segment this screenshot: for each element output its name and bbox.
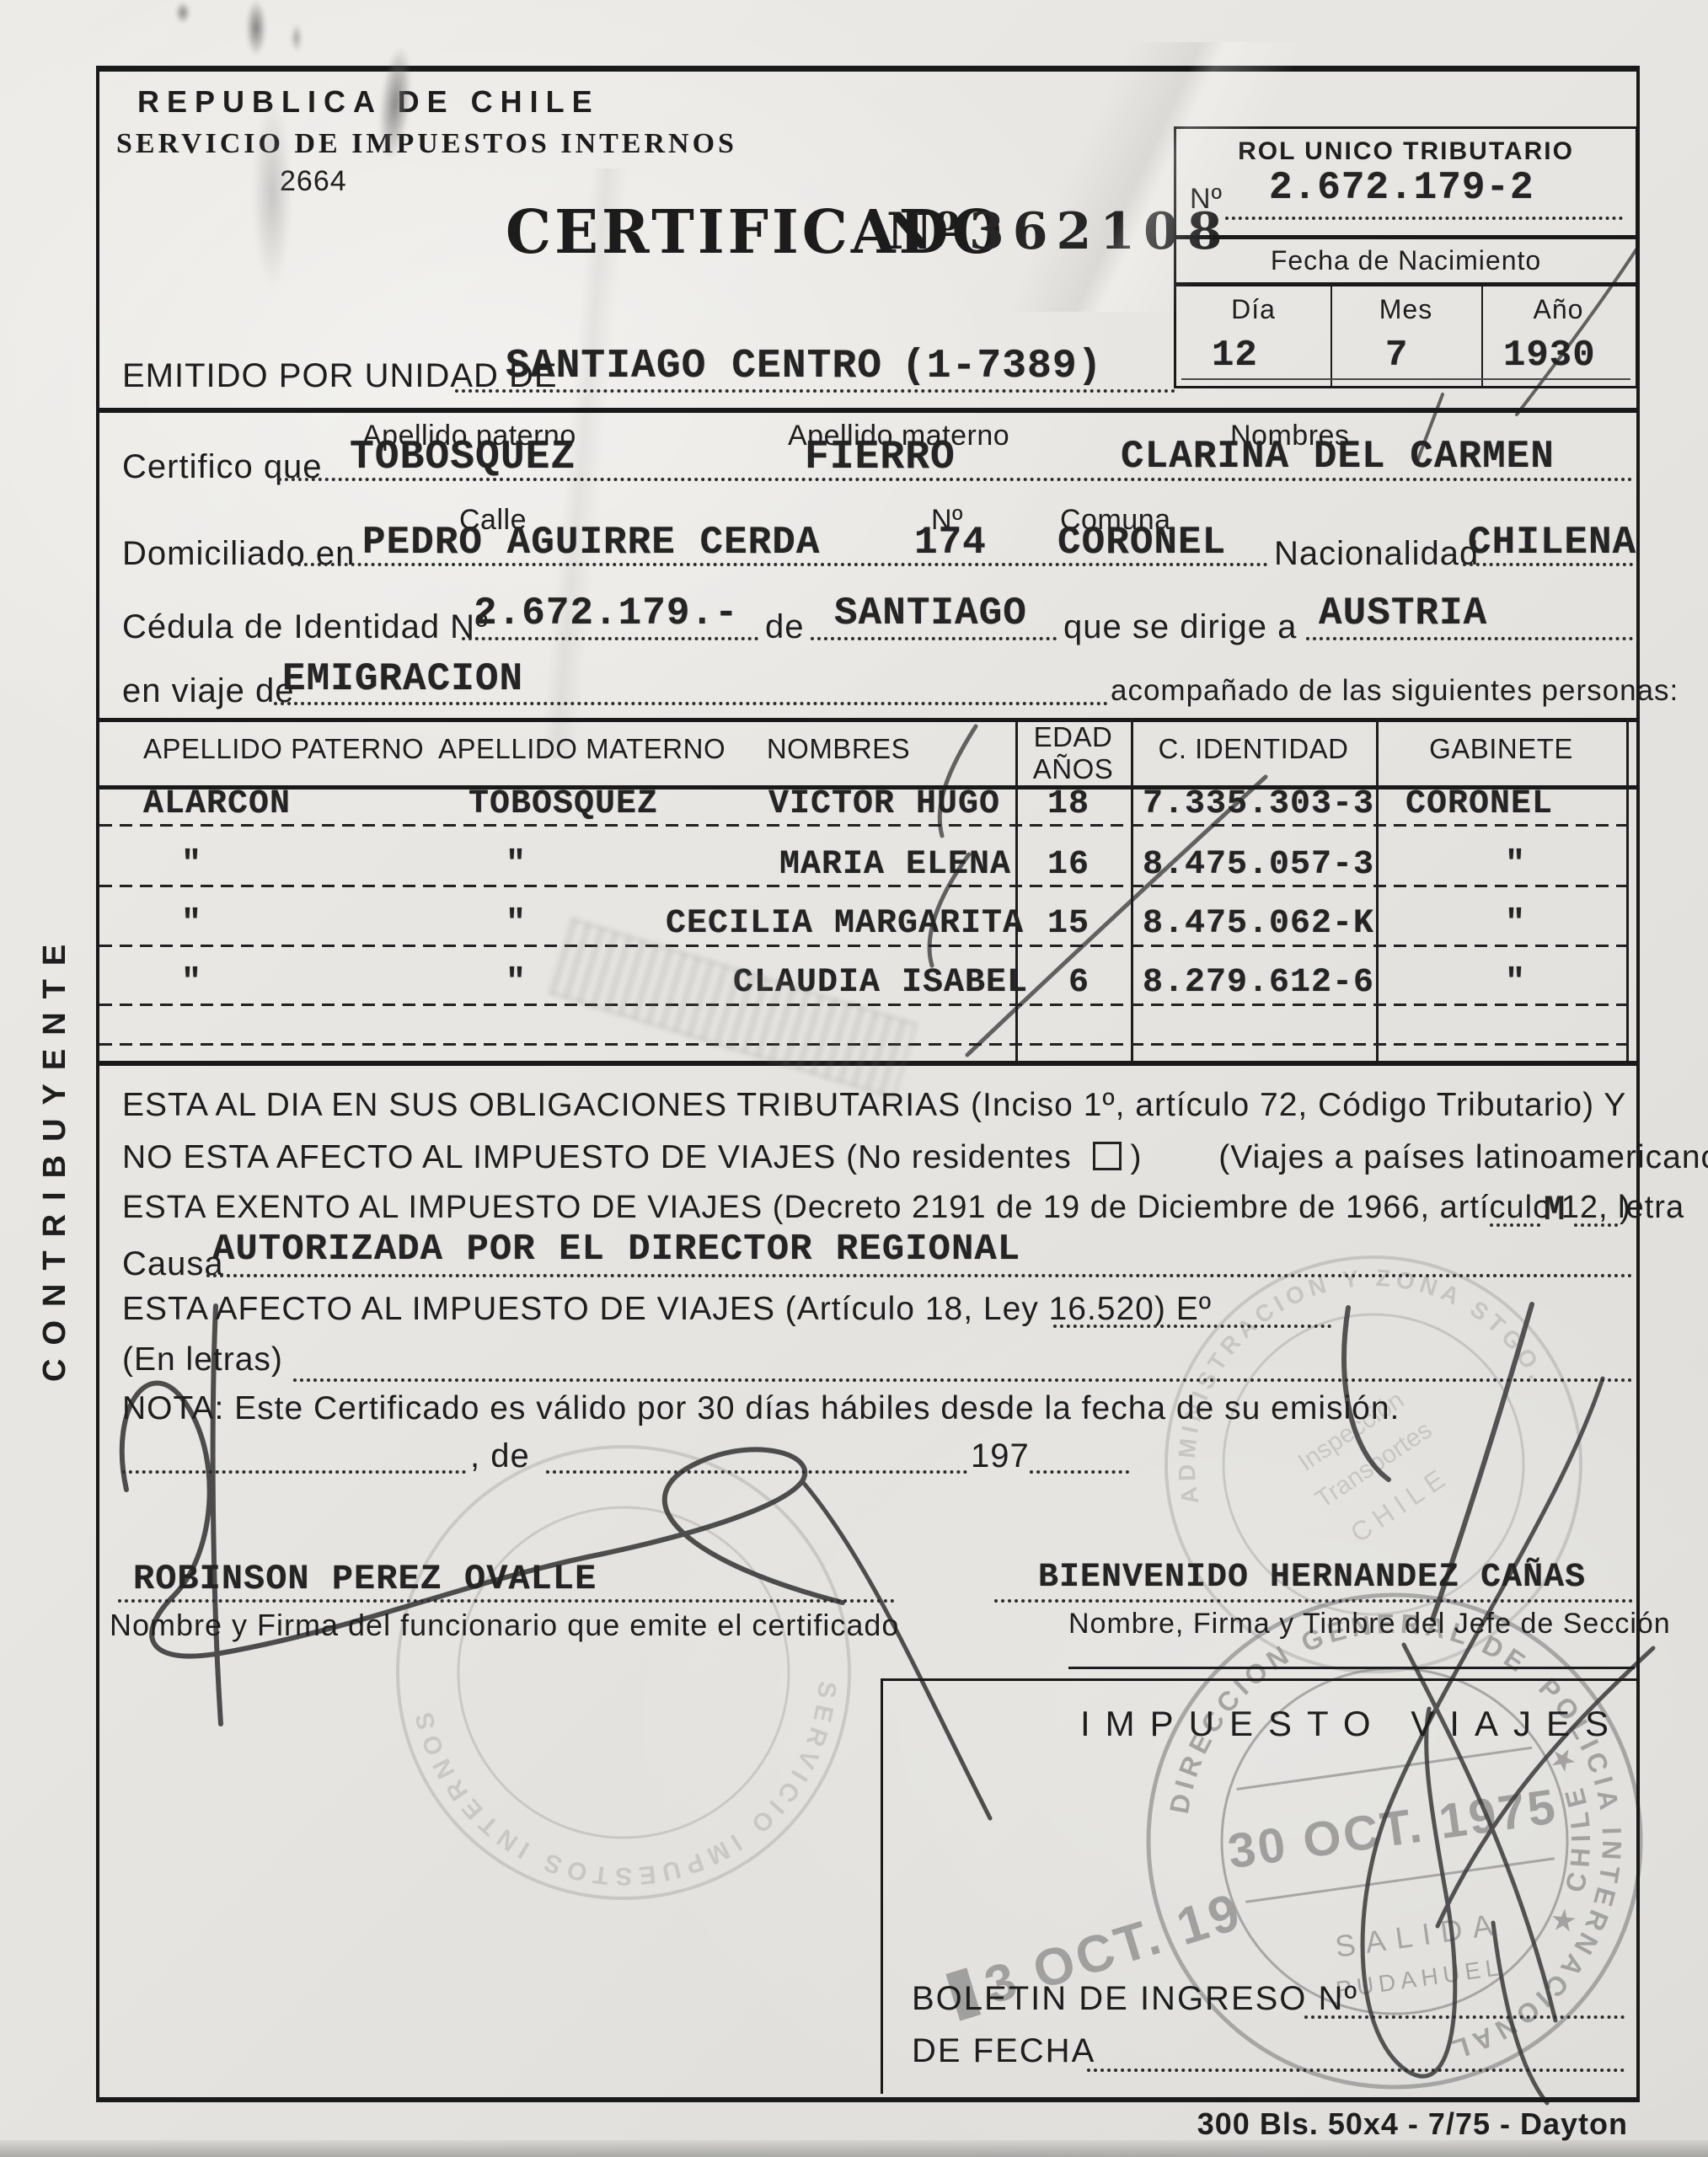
id-card-value: 2.672.179.- xyxy=(474,591,739,635)
rut-value: 2.672.179-2 xyxy=(1269,166,1534,210)
trip-type-label: en viaje de xyxy=(122,672,294,710)
dateline-de: , de xyxy=(470,1437,530,1475)
table-row: " xyxy=(506,905,527,943)
right-caption-underline xyxy=(1068,1667,1635,1669)
boletin-dotted-line xyxy=(1304,2015,1625,2019)
table-row: 16 xyxy=(1047,846,1090,884)
country-heading: REPUBLICA DE CHILE xyxy=(137,84,600,120)
right-signature-dotted xyxy=(994,1599,1633,1603)
domicile-dotted-line xyxy=(291,563,1268,566)
table-row: ALARCON xyxy=(143,785,291,823)
dateline-dotted-3 xyxy=(1030,1470,1129,1474)
table-row: MARIA ELENA xyxy=(779,846,1011,884)
calle-value: PEDRO AGUIRRE CERDA xyxy=(362,521,821,565)
table-row: 18 xyxy=(1047,785,1090,823)
nota-line: NOTA: Este Certificado es válido por 30 … xyxy=(122,1390,1400,1427)
no-residentes-checkbox xyxy=(1093,1142,1122,1170)
rut-no-label: Nº xyxy=(1190,183,1223,216)
declaration-line-2-paren-a: ) xyxy=(1130,1139,1142,1175)
table-row-line-4 xyxy=(99,1004,1636,1006)
declaration-line-2: NO ESTA AFECTO AL IMPUESTO DE VIAJES (No… xyxy=(122,1139,1708,1176)
footer-imprint: 300 Bls. 50x4 - 7/75 - Dayton xyxy=(1180,2106,1628,2142)
table-row: CORONEL xyxy=(1405,785,1553,823)
table-row: " xyxy=(1505,905,1526,943)
table-header-anos: AÑOS xyxy=(1015,753,1131,785)
id-dotted-1 xyxy=(462,637,758,640)
table-header-materno: APELLIDO MATERNO xyxy=(438,733,683,765)
nationality-label: Nacionalidad xyxy=(1274,535,1479,573)
trip-type-value: EMIGRACION xyxy=(282,657,523,701)
nationality-dotted-line xyxy=(1463,563,1633,566)
declaration-line-1: ESTA AL DIA EN SUS OBLIGACIONES TRIBUTAR… xyxy=(122,1087,1626,1124)
table-row-line-1 xyxy=(99,824,1636,827)
letra-dotted-1 xyxy=(1490,1223,1540,1227)
ink-smudge xyxy=(253,101,292,286)
table-row: " xyxy=(506,964,527,1002)
de-fecha-label: DE FECHA xyxy=(912,2032,1095,2070)
de-fecha-dotted-line xyxy=(1087,2069,1625,2072)
table-header-identidad: C. IDENTIDAD xyxy=(1131,733,1376,765)
table-col-line-3 xyxy=(1376,718,1379,1063)
table-row: " xyxy=(1505,846,1526,884)
certificate-number-label: Nº xyxy=(886,202,961,261)
table-col-line-1 xyxy=(1015,718,1018,1063)
table-row: " xyxy=(1505,964,1526,1002)
en-letras-dotted-line xyxy=(293,1378,1633,1382)
declaration-line-2-text-a: NO ESTA AFECTO AL IMPUESTO DE VIAJES (No… xyxy=(122,1139,1072,1175)
declaration-line-2-text-b: (Viajes a países latinoamericanos xyxy=(1218,1139,1708,1175)
paterno-value: TOBOSQUEZ xyxy=(350,435,576,480)
domicile-label: Domiciliado en xyxy=(122,535,355,573)
rut-box-title: ROL UNICO TRIBUTARIO xyxy=(1176,137,1636,166)
id-city-value: SANTIAGO xyxy=(834,591,1027,635)
id-de-label: de xyxy=(765,608,805,646)
table-row: 8.475.057-3 xyxy=(1143,846,1374,884)
table-header-paterno: APELLIDO PATERNO xyxy=(143,733,379,765)
rut-box: ROL UNICO TRIBUTARIO Nº 2.672.179-2 Fech… xyxy=(1174,126,1638,388)
year-label: Año xyxy=(1481,294,1636,325)
declaration-line-4: ESTA AFECTO AL IMPUESTO DE VIAJES (Artíc… xyxy=(122,1291,1212,1328)
id-dotted-3 xyxy=(1306,637,1633,640)
table-header-edad: EDAD xyxy=(1015,721,1131,753)
certify-dotted-line xyxy=(278,478,1633,481)
ink-smudge xyxy=(246,0,266,56)
table-row: CECILIA MARGARITA xyxy=(666,905,1024,943)
nombres-value: CLARINA DEL CARMEN xyxy=(1121,435,1555,479)
table-row: 8.279.612-6 xyxy=(1143,964,1374,1002)
causa-label: Causa xyxy=(122,1245,224,1283)
causa-value: AUTORIZADA POR EL DIRECTOR REGIONAL xyxy=(212,1228,1020,1271)
letra-dotted-2 xyxy=(1574,1223,1618,1227)
table-row: 8.475.062-K xyxy=(1143,905,1374,943)
dateline-dotted-2 xyxy=(546,1470,967,1474)
causa-dotted-line xyxy=(206,1274,1633,1277)
year-value: 1930 xyxy=(1503,335,1596,377)
table-row: TOBOSQUEZ xyxy=(468,785,658,823)
id-dotted-2 xyxy=(811,637,1057,640)
side-label-contribuyente: CONTRIBUYENTE xyxy=(37,969,73,1382)
table-top-rule xyxy=(99,718,1636,722)
destination-value: AUSTRIA xyxy=(1319,591,1487,635)
table-row: VICTOR HUGO xyxy=(768,785,1000,823)
table-row: 7.335.303-3 xyxy=(1143,785,1374,823)
table-row-line-3 xyxy=(99,945,1636,947)
table-row: 15 xyxy=(1047,905,1090,943)
letra-close-paren: ) xyxy=(1620,1190,1631,1226)
left-signature-dotted xyxy=(118,1599,895,1603)
afecto-dotted-line xyxy=(1053,1325,1331,1328)
month-value: 7 xyxy=(1385,335,1408,377)
impuesto-viajes-title: IMPUESTO VIAJES xyxy=(1080,1704,1624,1744)
issued-by-code: (1-7389) xyxy=(902,344,1102,389)
table-row: " xyxy=(181,964,202,1002)
dateline-dotted-1 xyxy=(122,1470,466,1474)
scanned-certificate-page: REPUBLICA DE CHILE SERVICIO DE IMPUESTOS… xyxy=(0,0,1708,2157)
month-label: Mes xyxy=(1331,294,1481,325)
dateline-year-prefix: 197 xyxy=(971,1437,1030,1475)
table-row: " xyxy=(181,846,202,884)
table-row: " xyxy=(181,905,202,943)
en-letras-label: (En letras) xyxy=(122,1341,283,1378)
table-col-line-4 xyxy=(1626,718,1629,1063)
comuna-value: CORONEL xyxy=(1057,521,1226,565)
right-signer-caption: Nombre, Firma y Timbre del Jefe de Secci… xyxy=(1068,1608,1671,1640)
table-col-line-2 xyxy=(1131,718,1133,1063)
companions-label: acompañado de las siguientes personas: xyxy=(1111,674,1679,708)
service-heading: SERVICIO DE IMPUESTOS INTERNOS xyxy=(116,128,737,160)
table-header-gabinete: GABINETE xyxy=(1376,733,1626,765)
trip-dotted-line xyxy=(274,702,1108,705)
table-row: " xyxy=(506,846,527,884)
numero-value: 174 xyxy=(914,521,987,565)
nationality-value: CHILENA xyxy=(1468,521,1636,565)
birthdate-title: Fecha de Nacimiento xyxy=(1176,245,1636,276)
table-header-nombres: NOMBRES xyxy=(737,733,940,765)
table-row: 6 xyxy=(1068,964,1090,1002)
boletin-label: BOLETIN DE INGRESO Nº xyxy=(912,1980,1358,2018)
left-signer-name: ROBINSON PEREZ OVALLE xyxy=(133,1559,597,1599)
day-label: Día xyxy=(1176,294,1331,325)
letra-value: M xyxy=(1544,1190,1566,1230)
ink-smudge xyxy=(291,24,303,52)
section-rule-1 xyxy=(99,408,1636,413)
ink-smudge xyxy=(175,2,190,24)
rut-dotted-line xyxy=(1225,217,1623,220)
dob-underline xyxy=(1181,378,1630,380)
materno-value: FIERRO xyxy=(805,435,956,480)
issued-dotted-line xyxy=(455,389,1175,393)
table-row-line-2 xyxy=(99,885,1636,887)
left-signer-caption: Nombre y Firma del funcionario que emite… xyxy=(110,1608,899,1643)
day-value: 12 xyxy=(1212,335,1258,377)
issued-by-value: SANTIAGO CENTRO xyxy=(506,344,882,389)
rut-divider-1 xyxy=(1174,235,1636,239)
right-signer-name: BIENVENIDO HERNANDEZ CAÑAS xyxy=(1038,1559,1586,1597)
id-card-label: Cédula de Identidad Nº xyxy=(122,608,489,646)
destination-label: que se dirige a xyxy=(1063,608,1297,646)
declaration-line-3: ESTA EXENTO AL IMPUESTO DE VIAJES (Decre… xyxy=(122,1190,1684,1226)
rut-divider-2 xyxy=(1174,282,1636,286)
